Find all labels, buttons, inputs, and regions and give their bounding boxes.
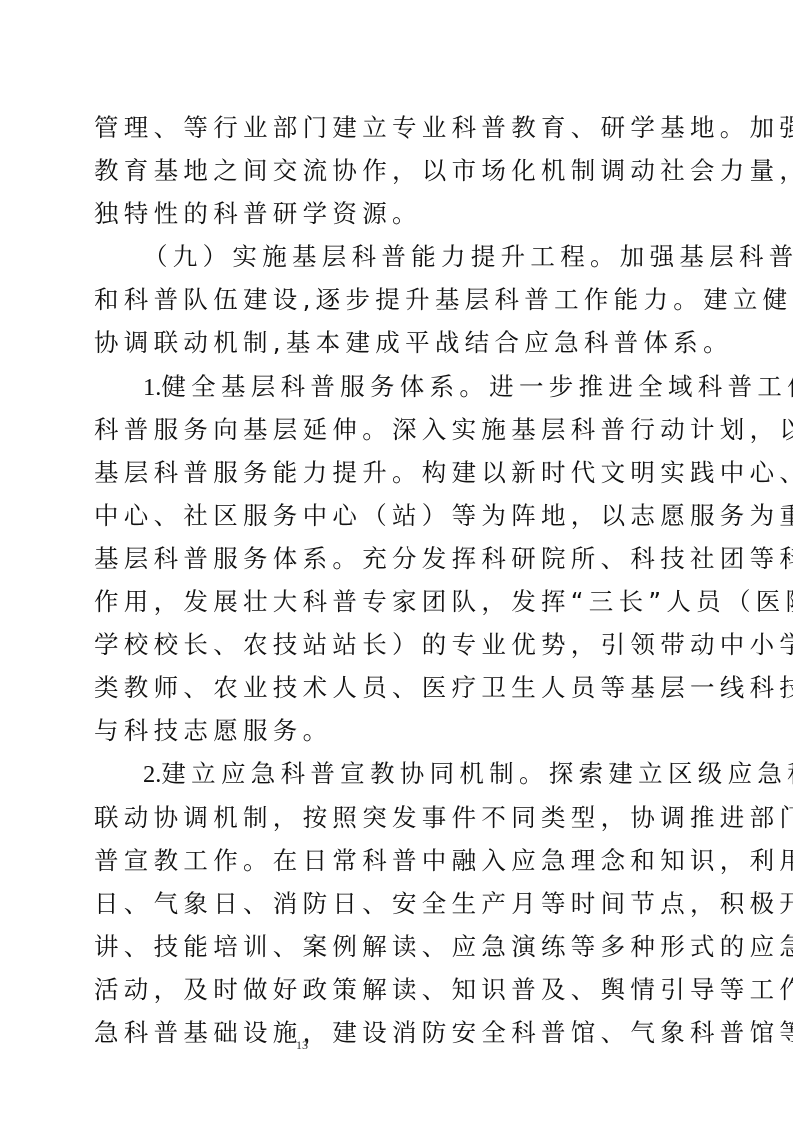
text-line: 联动协调机制，按照突发事件不同类型，协调推进部门间应急科 [94,796,704,839]
text-line: 作用，发展壮大科普专家团队，发挥“三长”人员（医院院长、 [94,580,704,623]
numbered-item-line: 2.建立应急科普宣教协同机制。探索建立区级应急科普工作 [94,752,704,795]
item-text: 健全基层科普服务体系。进一步推进全域科普工作，推动 [161,372,793,401]
text-line: 管理、等行业部门建立专业科普教育、研学基地。加强各类科普 [94,106,704,149]
text-line: 学校校长、农技站站长）的专业优势，引领带动中小学自然科学 [94,623,704,666]
text-line: 协调联动机制,基本建成平战结合应急科普体系。 [94,321,704,364]
text-line: 基层科普服务能力提升。构建以新时代文明实践中心、党群服务 [94,451,704,494]
text-line: 中心、社区服务中心（站）等为阵地，以志愿服务为重要手段的 [94,494,704,537]
item-text: 建立应急科普宣教协同机制。探索建立区级应急科普工作 [161,759,793,788]
item-number: 2. [143,761,161,788]
document-page: 管理、等行业部门建立专业科普教育、研学基地。加强各类科普 教育基地之间交流协作，… [0,0,793,1122]
text-line: 急科普基础设施，建设消防安全科普馆、气象科普馆等应急科普 [94,1011,704,1054]
text-line: 普宣教工作。在日常科普中融入应急理念和知识，利用防灾减灾 [94,839,704,882]
body-text: 管理、等行业部门建立专业科普教育、研学基地。加强各类科普 教育基地之间交流协作，… [94,106,704,1054]
text-line: 科普服务向基层延伸。深入实施基层科普行动计划，以项目引领 [94,408,704,451]
text-line: 类教师、农业技术人员、医疗卫生人员等基层一线科技工作者参 [94,666,704,709]
text-line: 日、气象日、消防日、安全生产月等时间节点，积极开展知识宣 [94,882,704,925]
page-number: 13 [296,1038,308,1053]
section-heading-line: （九）实施基层科普能力提升工程。加强基层科普服务体系 [94,235,704,278]
text-line: 独特性的科普研学资源。 [94,192,704,235]
text-line: 活动，及时做好政策解读、知识普及、舆情引导等工作。完善应 [94,968,704,1011]
item-number: 1. [143,374,161,401]
text-line: 与科技志愿服务。 [94,709,704,752]
text-line: 基层科普服务体系。充分发挥科研院所、科技社团等科技机构的 [94,537,704,580]
text-line: 讲、技能培训、案例解读、应急演练等多种形式的应急科普宣教 [94,925,704,968]
numbered-item-line: 1.健全基层科普服务体系。进一步推进全域科普工作，推动 [94,365,704,408]
text-line: 和科普队伍建设,逐步提升基层科普工作能力。建立健全应急科普 [94,278,704,321]
text-line: 教育基地之间交流协作，以市场化机制调动社会力量，形成具有 [94,149,704,192]
